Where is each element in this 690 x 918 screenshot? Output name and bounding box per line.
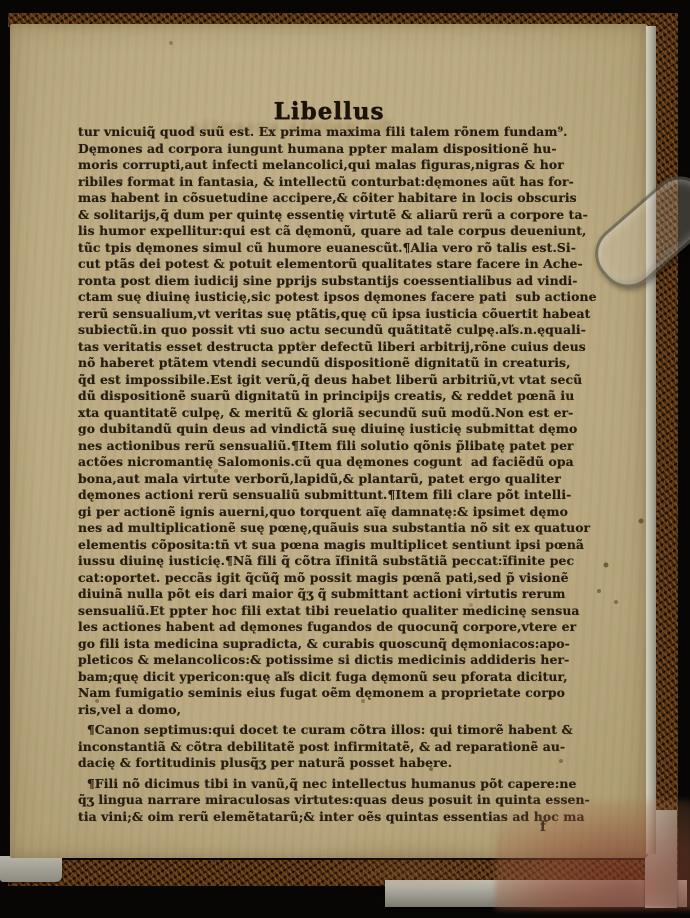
text-line: ribiles format in fantasia, & intellectũ…	[78, 174, 564, 191]
running-title: Libellus	[10, 98, 648, 125]
text-line: iussu diuinę iusticię.¶Nã fili q̃ cõtra …	[78, 553, 564, 570]
text-line: lis humor expellitur:qui est cã dęmonũ, …	[78, 223, 564, 240]
text-line: rerũ sensualium,vt veritas suę ptãtis,qu…	[78, 306, 564, 323]
text-block: tur vnicuiq̃ quod suũ est. Ex prima maxi…	[78, 124, 564, 825]
text-line: go fili ista medicina supradicta, & cura…	[78, 636, 564, 653]
text-line: bam;quę dicit ypericon:quę aľs dicit fug…	[78, 669, 564, 686]
text-line: ¶Fili nõ dicimus tibi in vanũ,q̃ nec int…	[78, 776, 564, 793]
text-line: ¶Canon septimus:qui docet te curam cõtra…	[78, 722, 564, 739]
text-line: tia vini;& oim rerũ elemẽtatarũ;& inter …	[78, 809, 564, 826]
text-line: subiectũ.in quo possit vti suo actu secu…	[78, 322, 564, 339]
text-line: Dęmones ad corpora iungunt humana ppter …	[78, 141, 564, 158]
text-line: les actiones habent ad dęmones fugandos …	[78, 619, 564, 636]
text-line: bona,aut mala virtute verborũ,lapidũ,& p…	[78, 471, 564, 488]
text-line: dęmones actioni rerũ sensualiũ submittun…	[78, 487, 564, 504]
text-line: mas habent in cõsuetudine accipere,& cõi…	[78, 190, 564, 207]
text-line: & solitarijs,q̃ dum per quintę essentię …	[78, 207, 564, 224]
text-line: nõ haberet ptãtem vtendi secundũ disposi…	[78, 355, 564, 372]
text-line: dũ dispositionẽ suarũ dignitatũ in princ…	[78, 388, 564, 405]
page-edges-strip	[646, 26, 656, 854]
text-line: xta quantitatẽ culpę, & meritũ & gloriã …	[78, 405, 564, 422]
text-line: ronta post diem iudicij sine pprijs subs…	[78, 273, 564, 290]
book-edge-right	[654, 13, 678, 886]
text-line: ctam suę diuinę iusticię,sic potest ipso…	[78, 289, 564, 306]
text-line: gi per actionẽ ignis auerni,quo torquent…	[78, 504, 564, 521]
text-line: cat:oportet. peccãs igit q̃cũq̃ mõ possi…	[78, 570, 564, 587]
text-line: q̃d est impossibile.Est igit verũ,q̃ deu…	[78, 372, 564, 389]
metal-frame-bottom-left	[0, 856, 62, 882]
text-line: Nam fumigatio seminis eius fugat oẽm dęm…	[78, 685, 564, 702]
text-line: tur vnicuiq̃ quod suũ est. Ex prima maxi…	[78, 124, 564, 141]
text-line: tas veritatis esset destructa ppter defe…	[78, 339, 564, 356]
text-line: inconstantiã & cõtra debilitatẽ post inf…	[78, 739, 564, 756]
text-line: ris,vel a domo,	[78, 702, 564, 719]
text-line: actões nicromantię Salomonis.cũ qua dęmo…	[78, 454, 564, 471]
text-line: elementis cõposita:tñ vt sua pœna magis …	[78, 537, 564, 554]
text-line: nes actionibus rerũ sensualiũ.¶Item fili…	[78, 438, 564, 455]
text-line: diuinã nulla põt eis dari maior q̃ʒ q̃ s…	[78, 586, 564, 603]
signature-mark: f	[540, 819, 546, 835]
text-line: tũc tpis dęmones simul cũ humore euanesc…	[78, 240, 564, 257]
text-line: pleticos & melancolicos:& potissime si d…	[78, 652, 564, 669]
book-page: De quinta essentia Libellus tur vnicuiq̃…	[10, 24, 648, 858]
photo-backdrop: De quinta essentia Libellus tur vnicuiq̃…	[0, 0, 690, 918]
metal-frame-bottom-right	[385, 880, 687, 907]
text-line: q̃ʒ lingua narrare miraculosas virtutes:…	[78, 792, 564, 809]
text-line: nes ad multiplicationẽ suę pœnę,quãuis s…	[78, 520, 564, 537]
text-line: sensualiũ.Et ppter hoc fili extat tibi r…	[78, 603, 564, 620]
text-line: dacię & fortitudinis plusq̃ʒ per naturã …	[78, 755, 564, 772]
text-line: moris corrupti,aut infecti melancolici,q…	[78, 157, 564, 174]
text-line: go dubitandũ quin deus ad vindictã suę d…	[78, 421, 564, 438]
text-line: cut ptãs dei potest & potuit elementorũ …	[78, 256, 564, 273]
foxing-specks	[10, 24, 12, 26]
